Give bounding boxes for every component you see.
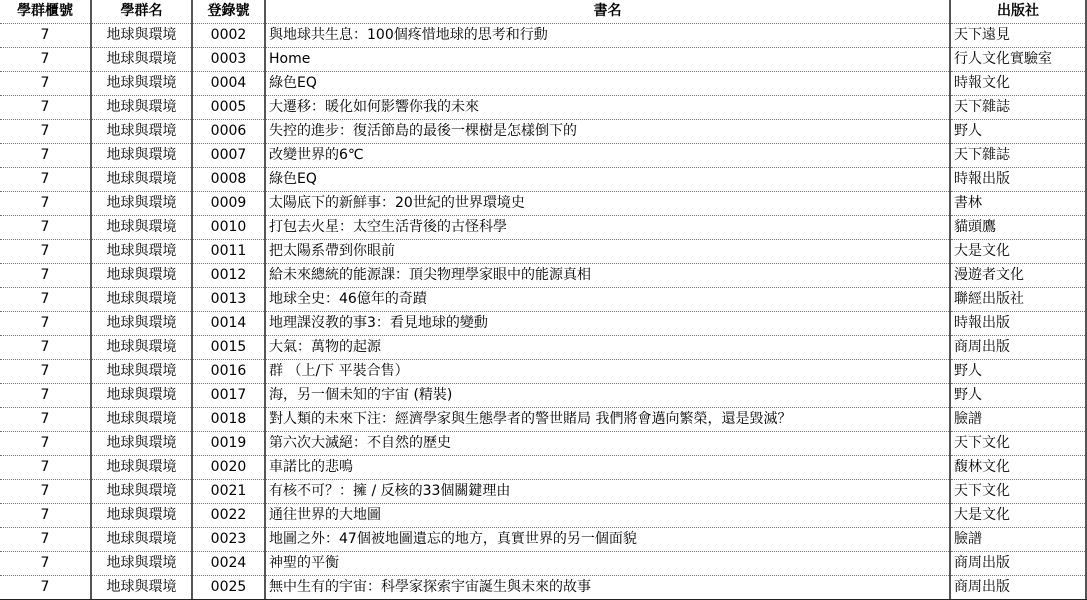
table-row: 7地球與環境0013地球全史：46億年的奇蹟聯經出版社: [0, 288, 1086, 312]
table-row: 7地球與環境0017海，另一個未知的宇宙 (精裝)野人: [0, 384, 1086, 408]
cell-publisher: 書林: [950, 192, 1086, 216]
cell-reg-no: 0004: [192, 72, 265, 96]
cell-group-no: 7: [0, 312, 91, 336]
cell-group-name: 地球與環境: [91, 408, 192, 432]
cell-publisher: 天下遠見: [950, 24, 1086, 48]
cell-title: 第六次大滅絕：不自然的歷史: [265, 432, 950, 456]
cell-group-no: 7: [0, 384, 91, 408]
cell-group-no: 7: [0, 576, 91, 600]
cell-group-name: 地球與環境: [91, 552, 192, 576]
header-publisher: 出版社: [950, 0, 1086, 24]
cell-publisher: 時報出版: [950, 312, 1086, 336]
table-row: 7地球與環境0012給未來總統的能源課：頂尖物理學家眼中的能源真相漫遊者文化: [0, 264, 1086, 288]
cell-title: 失控的進步：復活節島的最後一棵樹是怎樣倒下的: [265, 120, 950, 144]
table-row: 7地球與環境0016群 （上/下 平裝合售）野人: [0, 360, 1086, 384]
table-row: 7地球與環境0022通往世界的大地圖大是文化: [0, 504, 1086, 528]
cell-group-no: 7: [0, 144, 91, 168]
cell-title: 綠色EQ: [265, 168, 950, 192]
table-row: 7地球與環境0021有核不可？：擁 / 反核的33個關鍵理由天下文化: [0, 480, 1086, 504]
cell-group-name: 地球與環境: [91, 168, 192, 192]
cell-publisher: 行人文化實驗室: [950, 48, 1086, 72]
cell-group-name: 地球與環境: [91, 480, 192, 504]
cell-group-no: 7: [0, 528, 91, 552]
header-reg-no: 登錄號: [192, 0, 265, 24]
table-row: 7地球與環境0004綠色EQ時報文化: [0, 72, 1086, 96]
cell-title: 地理課沒教的事3：看見地球的變動: [265, 312, 950, 336]
cell-publisher: 野人: [950, 360, 1086, 384]
table-row: 7地球與環境0024神聖的平衡商周出版: [0, 552, 1086, 576]
cell-group-no: 7: [0, 168, 91, 192]
cell-reg-no: 0014: [192, 312, 265, 336]
cell-group-name: 地球與環境: [91, 288, 192, 312]
cell-title: 車諾比的悲鳴: [265, 456, 950, 480]
cell-publisher: 時報文化: [950, 72, 1086, 96]
cell-title: 綠色EQ: [265, 72, 950, 96]
cell-title: 有核不可？：擁 / 反核的33個關鍵理由: [265, 480, 950, 504]
cell-reg-no: 0024: [192, 552, 265, 576]
cell-publisher: 商周出版: [950, 552, 1086, 576]
cell-publisher: 貓頭鷹: [950, 216, 1086, 240]
table-row: 7地球與環境0009太陽底下的新鮮事：20世紀的世界環境史書林: [0, 192, 1086, 216]
cell-reg-no: 0006: [192, 120, 265, 144]
cell-reg-no: 0009: [192, 192, 265, 216]
cell-group-no: 7: [0, 96, 91, 120]
cell-publisher: 天下雜誌: [950, 144, 1086, 168]
cell-group-name: 地球與環境: [91, 120, 192, 144]
cell-publisher: 大是文化: [950, 504, 1086, 528]
cell-group-name: 地球與環境: [91, 72, 192, 96]
cell-group-name: 地球與環境: [91, 48, 192, 72]
cell-group-no: 7: [0, 240, 91, 264]
cell-group-name: 地球與環境: [91, 456, 192, 480]
cell-reg-no: 0017: [192, 384, 265, 408]
table-row: 7地球與環境0015大氣：萬物的起源商周出版: [0, 336, 1086, 360]
cell-reg-no: 0011: [192, 240, 265, 264]
cell-group-name: 地球與環境: [91, 360, 192, 384]
cell-group-name: 地球與環境: [91, 576, 192, 600]
cell-group-name: 地球與環境: [91, 144, 192, 168]
cell-group-no: 7: [0, 120, 91, 144]
cell-publisher: 野人: [950, 384, 1086, 408]
table-row: 7地球與環境0014地理課沒教的事3：看見地球的變動時報出版: [0, 312, 1086, 336]
cell-group-no: 7: [0, 432, 91, 456]
cell-group-no: 7: [0, 552, 91, 576]
cell-group-name: 地球與環境: [91, 264, 192, 288]
cell-title: Home: [265, 48, 950, 72]
cell-reg-no: 0020: [192, 456, 265, 480]
cell-group-no: 7: [0, 408, 91, 432]
header-title: 書名: [265, 0, 950, 24]
cell-group-name: 地球與環境: [91, 24, 192, 48]
cell-group-no: 7: [0, 264, 91, 288]
header-group-name: 學群名: [91, 0, 192, 24]
table-row: 7地球與環境0025無中生有的宇宙：科學家探索宇宙誕生與未來的故事商周出版: [0, 576, 1086, 600]
cell-publisher: 野人: [950, 120, 1086, 144]
cell-group-no: 7: [0, 48, 91, 72]
cell-group-no: 7: [0, 24, 91, 48]
cell-group-name: 地球與環境: [91, 216, 192, 240]
cell-reg-no: 0008: [192, 168, 265, 192]
cell-title: 把太陽系帶到你眼前: [265, 240, 950, 264]
cell-publisher: 商周出版: [950, 576, 1086, 600]
cell-publisher: 天下雜誌: [950, 96, 1086, 120]
cell-reg-no: 0025: [192, 576, 265, 600]
cell-publisher: 天下文化: [950, 480, 1086, 504]
table-row: 7地球與環境0005大遷移：暖化如何影響你我的未來天下雜誌: [0, 96, 1086, 120]
cell-group-no: 7: [0, 480, 91, 504]
table-row: 7地球與環境0023地圖之外：47個被地圖遺忘的地方，真實世界的另一個面貌臉譜: [0, 528, 1086, 552]
cell-title: 無中生有的宇宙：科學家探索宇宙誕生與未來的故事: [265, 576, 950, 600]
cell-group-no: 7: [0, 192, 91, 216]
cell-title: 通往世界的大地圖: [265, 504, 950, 528]
cell-group-name: 地球與環境: [91, 192, 192, 216]
cell-publisher: 漫遊者文化: [950, 264, 1086, 288]
cell-title: 給未來總統的能源課：頂尖物理學家眼中的能源真相: [265, 264, 950, 288]
cell-group-name: 地球與環境: [91, 432, 192, 456]
cell-publisher: 大是文化: [950, 240, 1086, 264]
cell-group-no: 7: [0, 72, 91, 96]
table-row: 7地球與環境0003Home行人文化實驗室: [0, 48, 1086, 72]
cell-group-no: 7: [0, 456, 91, 480]
cell-group-name: 地球與環境: [91, 336, 192, 360]
cell-reg-no: 0005: [192, 96, 265, 120]
cell-group-name: 地球與環境: [91, 504, 192, 528]
cell-title: 打包去火星：太空生活背後的古怪科學: [265, 216, 950, 240]
cell-group-name: 地球與環境: [91, 96, 192, 120]
table-row: 7地球與環境0002與地球共生息：100個疼惜地球的思考和行動天下遠見: [0, 24, 1086, 48]
cell-publisher: 商周出版: [950, 336, 1086, 360]
cell-title: 改變世界的6℃: [265, 144, 950, 168]
cell-group-name: 地球與環境: [91, 240, 192, 264]
cell-title: 大遷移：暖化如何影響你我的未來: [265, 96, 950, 120]
cell-publisher: 天下文化: [950, 432, 1086, 456]
cell-reg-no: 0023: [192, 528, 265, 552]
cell-title: 地圖之外：47個被地圖遺忘的地方，真實世界的另一個面貌: [265, 528, 950, 552]
cell-publisher: 時報出版: [950, 168, 1086, 192]
cell-reg-no: 0016: [192, 360, 265, 384]
cell-group-no: 7: [0, 216, 91, 240]
cell-group-name: 地球與環境: [91, 384, 192, 408]
table-row: 7地球與環境0019第六次大滅絕：不自然的歷史天下文化: [0, 432, 1086, 456]
cell-group-name: 地球與環境: [91, 528, 192, 552]
table-row: 7地球與環境0011把太陽系帶到你眼前大是文化: [0, 240, 1086, 264]
book-list-table: 學群櫃號 學群名 登錄號 書名 出版社 7地球與環境0002與地球共生息：100…: [0, 0, 1087, 600]
cell-group-no: 7: [0, 336, 91, 360]
table-row: 7地球與環境0010打包去火星：太空生活背後的古怪科學貓頭鷹: [0, 216, 1086, 240]
cell-reg-no: 0007: [192, 144, 265, 168]
cell-reg-no: 0003: [192, 48, 265, 72]
cell-title: 大氣：萬物的起源: [265, 336, 950, 360]
table-row: 7地球與環境0008綠色EQ時報出版: [0, 168, 1086, 192]
cell-title: 太陽底下的新鮮事：20世紀的世界環境史: [265, 192, 950, 216]
cell-title: 群 （上/下 平裝合售）: [265, 360, 950, 384]
cell-reg-no: 0012: [192, 264, 265, 288]
cell-publisher: 馥林文化: [950, 456, 1086, 480]
cell-title: 對人類的未來下注：經濟學家與生態學者的警世賭局 我們將會邁向繁榮，還是毀滅？: [265, 408, 950, 432]
cell-reg-no: 0013: [192, 288, 265, 312]
cell-publisher: 聯經出版社: [950, 288, 1086, 312]
cell-reg-no: 0022: [192, 504, 265, 528]
cell-reg-no: 0021: [192, 480, 265, 504]
cell-group-no: 7: [0, 504, 91, 528]
table-row: 7地球與環境0006失控的進步：復活節島的最後一棵樹是怎樣倒下的野人: [0, 120, 1086, 144]
cell-title: 海，另一個未知的宇宙 (精裝): [265, 384, 950, 408]
cell-title: 地球全史：46億年的奇蹟: [265, 288, 950, 312]
cell-group-no: 7: [0, 288, 91, 312]
table-row: 7地球與環境0018對人類的未來下注：經濟學家與生態學者的警世賭局 我們將會邁向…: [0, 408, 1086, 432]
cell-publisher: 臉譜: [950, 408, 1086, 432]
cell-reg-no: 0019: [192, 432, 265, 456]
cell-publisher: 臉譜: [950, 528, 1086, 552]
cell-title: 神聖的平衡: [265, 552, 950, 576]
cell-group-name: 地球與環境: [91, 312, 192, 336]
header-row: 學群櫃號 學群名 登錄號 書名 出版社: [0, 0, 1086, 24]
cell-reg-no: 0015: [192, 336, 265, 360]
cell-reg-no: 0002: [192, 24, 265, 48]
cell-group-no: 7: [0, 360, 91, 384]
cell-reg-no: 0010: [192, 216, 265, 240]
header-group-no: 學群櫃號: [0, 0, 91, 24]
cell-title: 與地球共生息：100個疼惜地球的思考和行動: [265, 24, 950, 48]
cell-reg-no: 0018: [192, 408, 265, 432]
table-row: 7地球與環境0020車諾比的悲鳴馥林文化: [0, 456, 1086, 480]
table-row: 7地球與環境0007改變世界的6℃天下雜誌: [0, 144, 1086, 168]
